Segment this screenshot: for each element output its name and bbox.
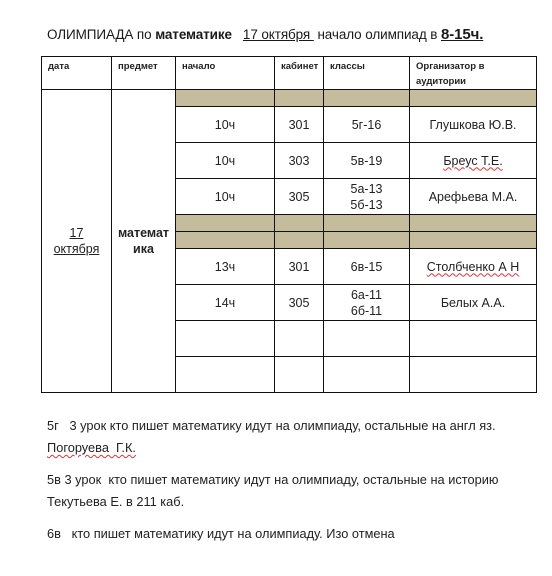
start-cell: 10ч <box>176 143 275 179</box>
title-mid: начало олимпиад в <box>314 27 441 42</box>
room-cell <box>275 321 324 357</box>
room-cell <box>275 357 324 393</box>
organizer-value: Белых А.А. <box>441 296 505 310</box>
room-value: 301 <box>289 118 310 132</box>
room-value: 305 <box>289 190 310 204</box>
organizer-cell: Глушкова Ю.В. <box>410 107 537 143</box>
room-value: 301 <box>289 260 310 274</box>
header-classes: классы <box>324 57 410 90</box>
classes-cell <box>324 215 410 232</box>
room-cell: 301 <box>275 107 324 143</box>
organizer-value: Столбченко А Н <box>427 260 520 274</box>
organizer-cell <box>410 215 537 232</box>
classes-cell: 6в-15 <box>324 249 410 285</box>
separator-row: 17октябряматематика <box>42 90 537 107</box>
start-cell <box>176 321 275 357</box>
note-6v: 6в кто пишет математику идут на олимпиад… <box>47 523 537 545</box>
classes-cell: 5в-19 <box>324 143 410 179</box>
start-cell: 14ч <box>176 285 275 321</box>
subject-line2: ика <box>112 241 175 257</box>
start-value: 10ч <box>215 118 235 132</box>
start-cell <box>176 90 275 107</box>
room-cell <box>275 90 324 107</box>
start-value: 14ч <box>215 296 235 310</box>
start-cell: 10ч <box>176 107 275 143</box>
table-header-row: дата предмет начало кабинет классы Орган… <box>42 57 537 90</box>
classes-cell <box>324 321 410 357</box>
organizer-value: Бреус Т.Е. <box>443 154 502 168</box>
organizer-cell <box>410 357 537 393</box>
classes-cell: 5а-135б-13 <box>324 179 410 215</box>
date-cell: 17октября <box>42 90 112 393</box>
class-entry: 6а-11 <box>324 287 409 303</box>
class-entry: 5г-16 <box>324 117 409 133</box>
title-gap <box>232 27 243 42</box>
organizer-value: Глушкова Ю.В. <box>429 118 516 132</box>
classes-cell: 5г-16 <box>324 107 410 143</box>
class-entry: 6в-15 <box>324 259 409 275</box>
classes-cell <box>324 357 410 393</box>
note-5g: 5г 3 урок кто пишет математику идут на о… <box>47 415 537 459</box>
header-room: кабинет <box>275 57 324 90</box>
room-cell: 305 <box>275 179 324 215</box>
note-5v-line1: 5в 3 урок кто пишет математику идут на о… <box>47 472 498 487</box>
start-value: 13ч <box>215 260 235 274</box>
room-cell <box>275 215 324 232</box>
start-cell <box>176 215 275 232</box>
organizer-value: Арефьева М.А. <box>429 190 518 204</box>
room-cell <box>275 232 324 249</box>
organizer-cell <box>410 232 537 249</box>
subject-cell: математика <box>112 90 176 393</box>
organizer-cell <box>410 90 537 107</box>
room-cell: 301 <box>275 249 324 285</box>
classes-cell <box>324 232 410 249</box>
note-5g-line1: 5г 3 урок кто пишет математику идут на о… <box>47 418 496 433</box>
start-value: 10ч <box>215 190 235 204</box>
date-month: октября <box>42 241 111 257</box>
room-cell: 303 <box>275 143 324 179</box>
start-value: 10ч <box>215 154 235 168</box>
classes-cell: 6а-116б-11 <box>324 285 410 321</box>
class-entry: 6б-11 <box>324 303 409 319</box>
header-subject: предмет <box>112 57 176 90</box>
title-date: 17 октября <box>243 27 314 42</box>
schedule-table: дата предмет начало кабинет классы Орган… <box>41 56 537 393</box>
note-5v: 5в 3 урок кто пишет математику идут на о… <box>47 469 537 513</box>
header-start: начало <box>176 57 275 90</box>
organizer-cell: Арефьева М.А. <box>410 179 537 215</box>
organizer-cell: Столбченко А Н <box>410 249 537 285</box>
header-date: дата <box>42 57 112 90</box>
note-5g-line2: Погоруева Г.К. <box>47 440 136 455</box>
organizer-cell <box>410 321 537 357</box>
organizer-cell: Белых А.А. <box>410 285 537 321</box>
title-time: 8-15ч. <box>441 26 483 43</box>
note-6v-line1: 6в кто пишет математику идут на олимпиад… <box>47 526 395 541</box>
organizer-cell: Бреус Т.Е. <box>410 143 537 179</box>
room-cell: 305 <box>275 285 324 321</box>
room-value: 305 <box>289 296 310 310</box>
class-entry: 5а-13 <box>324 181 409 197</box>
start-cell <box>176 357 275 393</box>
document-title: ОЛИМПИАДА по математике 17 октября начал… <box>47 26 483 43</box>
start-cell <box>176 232 275 249</box>
title-prefix: ОЛИМПИАДА по <box>47 27 155 42</box>
class-entry: 5в-19 <box>324 153 409 169</box>
header-organizer: Организатор в аудитории <box>410 57 537 90</box>
room-value: 303 <box>289 154 310 168</box>
start-cell: 10ч <box>176 179 275 215</box>
classes-cell <box>324 90 410 107</box>
class-entry: 5б-13 <box>324 197 409 213</box>
note-5v-line2: Текутьева Е. в 211 каб. <box>47 494 184 509</box>
title-subject: математике <box>155 27 232 42</box>
subject-line1: математ <box>112 225 175 241</box>
date-day: 17 <box>42 225 111 241</box>
notes-section: 5г 3 урок кто пишет математику идут на о… <box>47 415 537 555</box>
start-cell: 13ч <box>176 249 275 285</box>
